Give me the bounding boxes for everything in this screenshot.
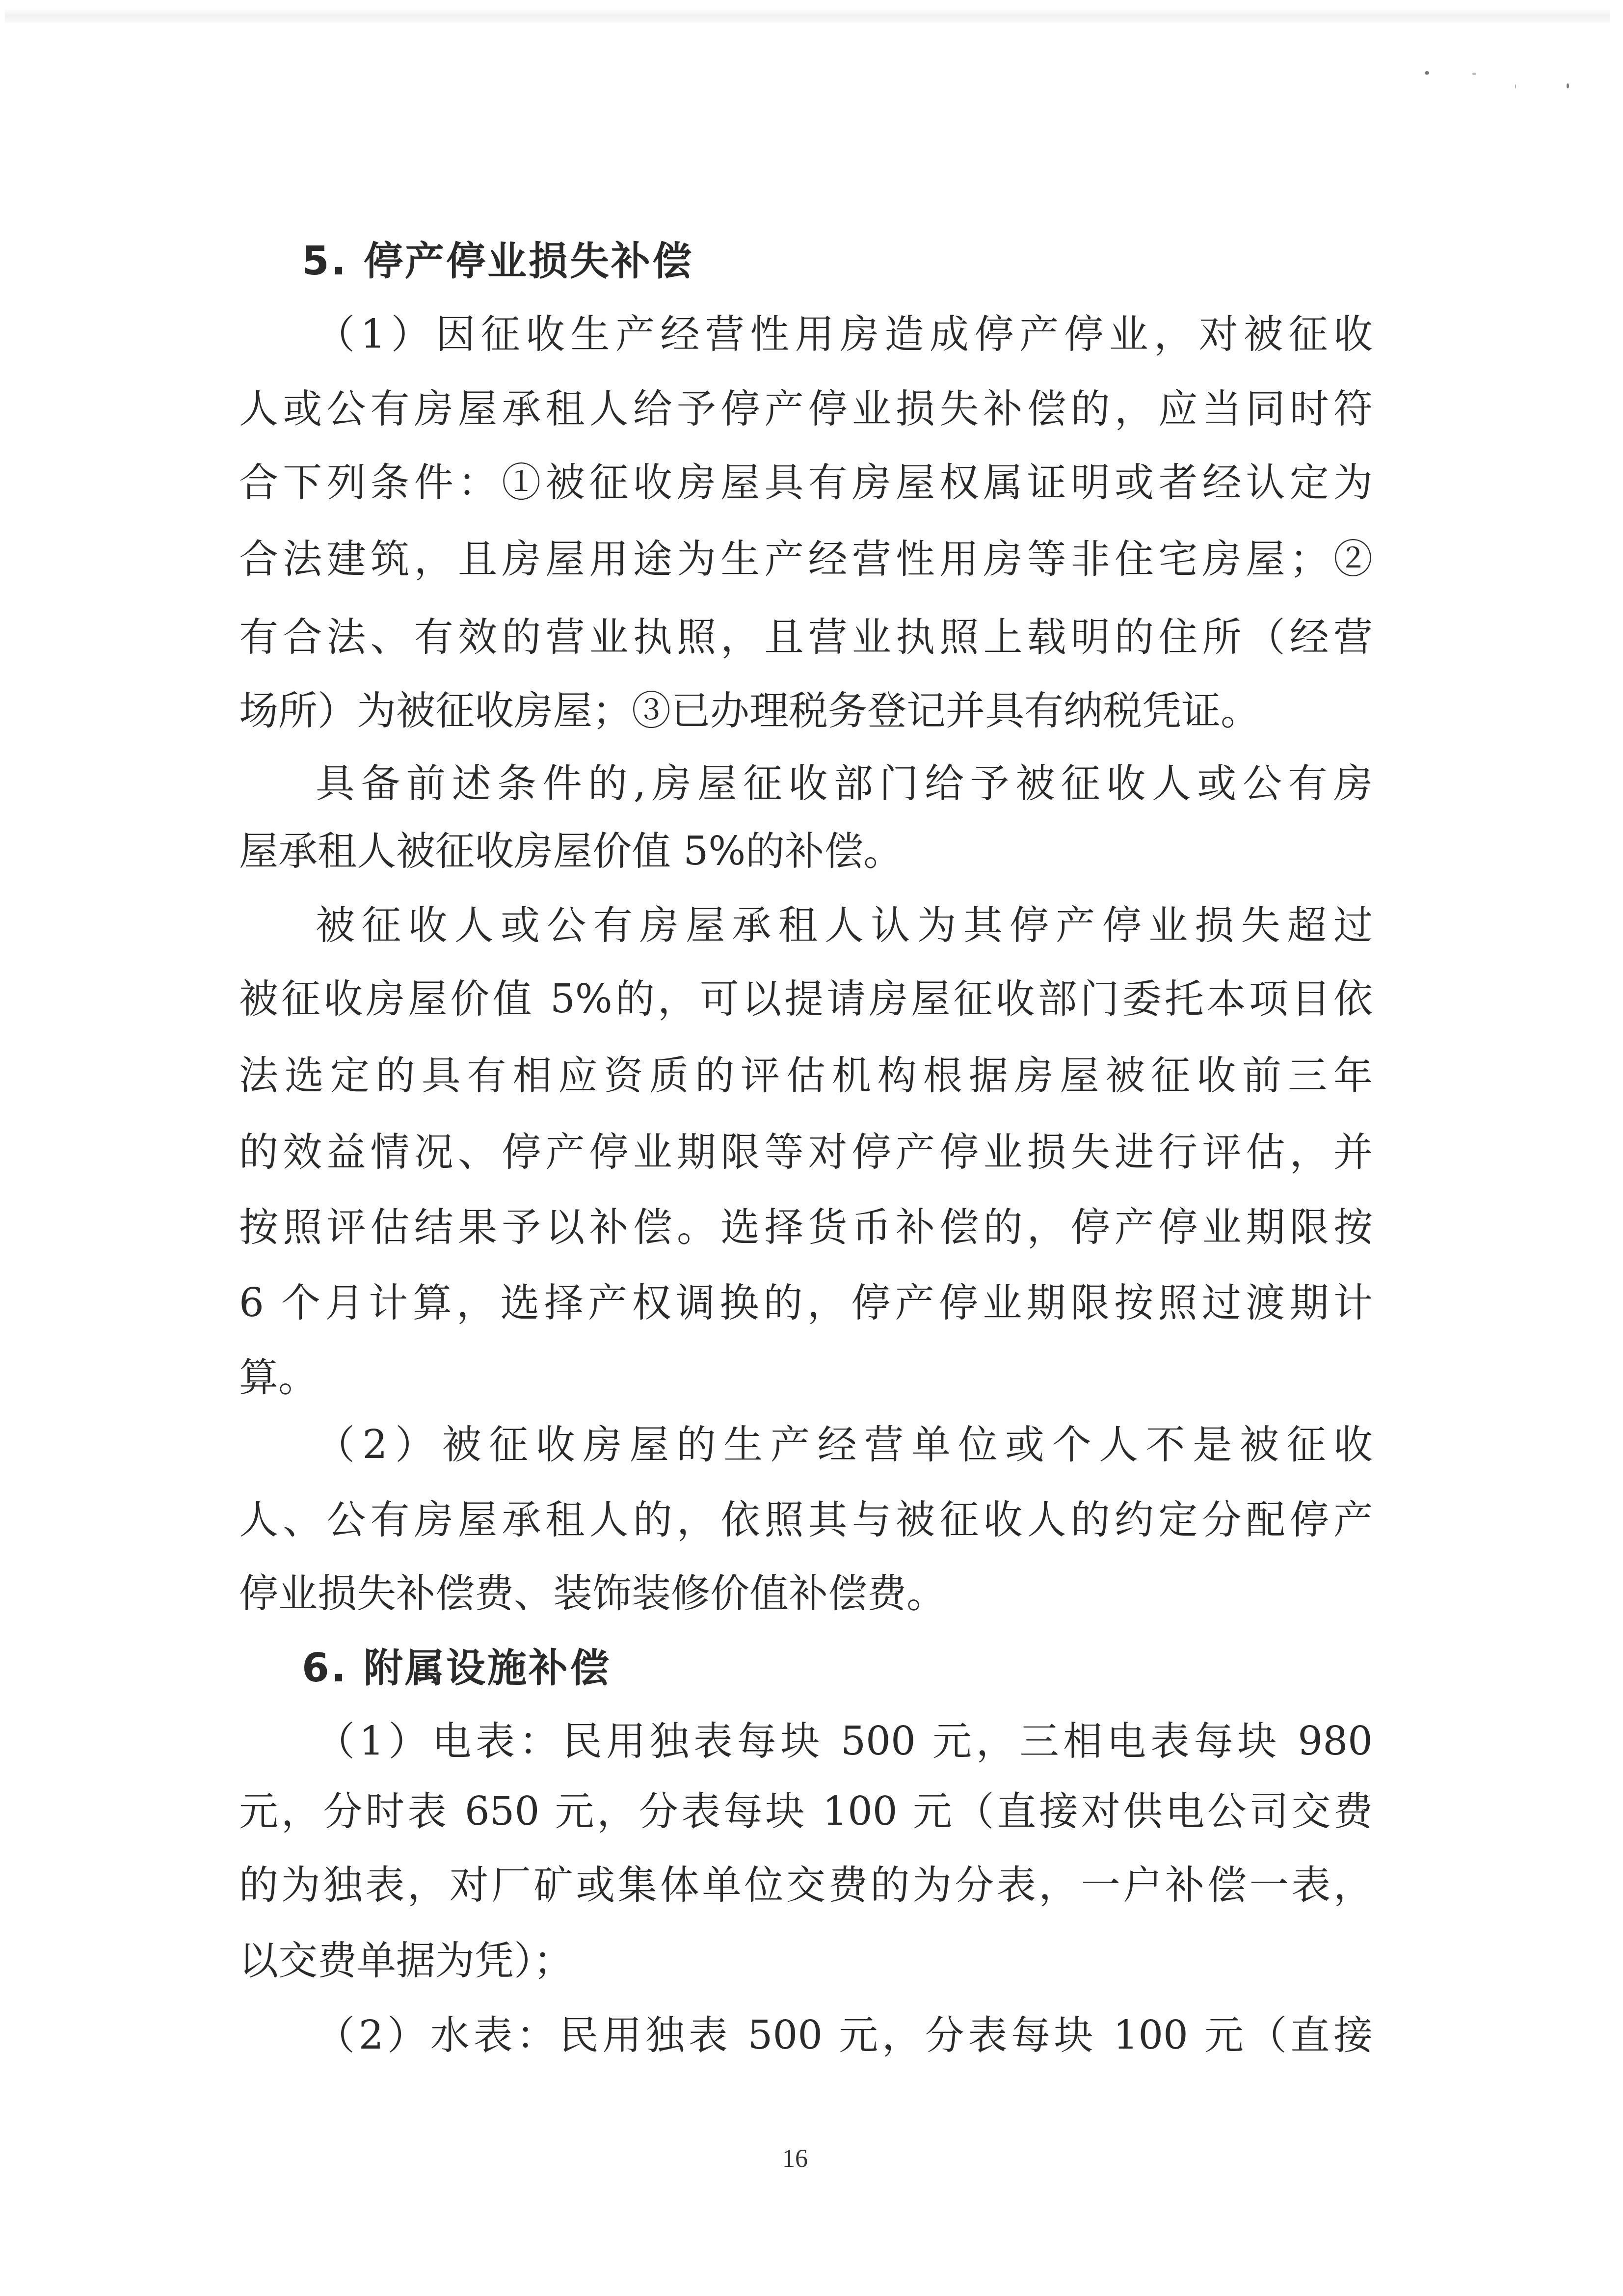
paragraph-line: 6 个月计算，选择产权调换的，停产停业期限按照过渡期计 [239, 1279, 1373, 1326]
paragraph-line: 法选定的具有相应资质的评估机构根据房屋被征收前三年 [239, 1052, 1373, 1099]
page-number: 16 [780, 2144, 810, 2173]
paragraph-line: （2）水表：民用独表 500 元，分表每块 100 元（直接 [316, 2012, 1373, 2059]
paragraph-line: 元，分时表 650 元，分表每块 100 元（直接对供电公司交费 [239, 1788, 1373, 1835]
paragraph-line: 具备前述条件的,房屋征收部门给予被征收人或公有房 [316, 760, 1373, 807]
paragraph-line: （2）被征收房屋的生产经营单位或个人不是被征收 [316, 1421, 1373, 1468]
paragraph-line: 算。 [239, 1354, 1373, 1401]
paragraph-line: 有合法、有效的营业执照，且营业执照上载明的住所（经营 [239, 614, 1373, 661]
paragraph-line: 被征收人或公有房屋承租人认为其停产停业损失超过 [316, 902, 1373, 949]
paragraph-line: 停业损失补偿费、装饰装修价值补偿费。 [239, 1570, 1373, 1617]
paragraph-line: 人或公有房屋承租人给予停产停业损失补偿的，应当同时符 [239, 385, 1373, 432]
section-heading: 5. 停产停业损失补偿 [302, 238, 693, 285]
paragraph-line: 合下列条件：①被征收房屋具有房屋权属证明或者经认定为 [239, 459, 1373, 506]
paragraph-line: 场所）为被征收房屋；③已办理税务登记并具有纳税凭证。 [239, 687, 1373, 734]
paragraph-line: （1）因征收生产经营性用房造成停产停业，对被征收 [316, 311, 1373, 358]
section-heading: 6. 附属设施补偿 [302, 1645, 611, 1692]
paragraph-line: 的为独表，对厂矿或集体单位交费的为分表，一户补偿一表， [239, 1862, 1373, 1909]
paragraph-line: 屋承租人被征收房屋价值 5%的补偿。 [239, 828, 1373, 875]
document-page: 5. 停产停业损失补偿 （1）因征收生产经营性用房造成停产停业，对被征收 人或公… [0, 0, 1623, 2296]
paragraph-line: 合法建筑，且房屋用途为生产经营性用房等非住宅房屋；② [239, 536, 1373, 583]
paragraph-line: （1）电表：民用独表每块 500 元，三相电表每块 980 [316, 1718, 1373, 1765]
paragraph-line: 被征收房屋价值 5%的，可以提请房屋征收部门委托本项目依 [239, 975, 1373, 1023]
paragraph-line: 人、公有房屋承租人的，依照其与被征收人的约定分配停产 [239, 1496, 1373, 1543]
paragraph-line: 按照评估结果予以补偿。选择货币补偿的，停产停业期限按 [239, 1204, 1373, 1251]
paragraph-line: 的效益情况、停产停业期限等对停产停业损失进行评估，并 [239, 1129, 1373, 1176]
paragraph-line: 以交费单据为凭）； [239, 1937, 1373, 1984]
